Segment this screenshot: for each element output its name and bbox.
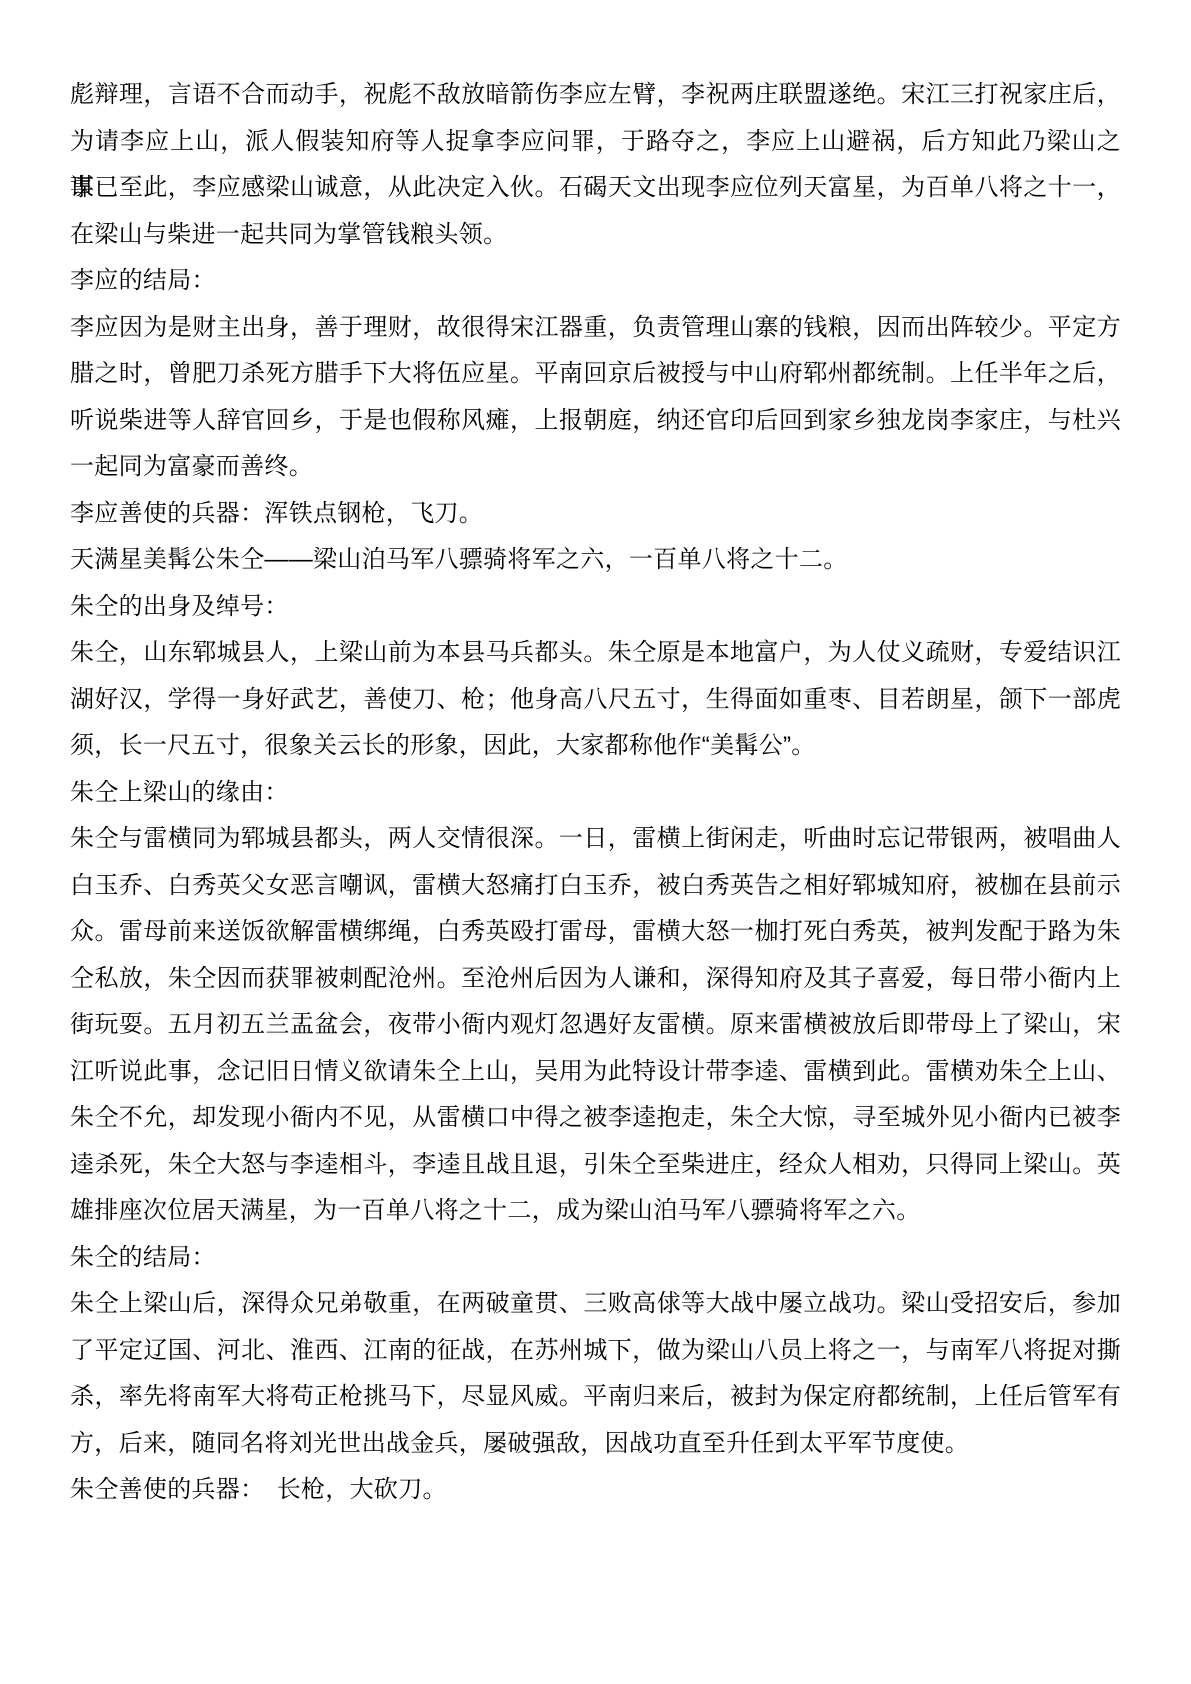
- text-line: 李应因为是财主出身，善于理财，故很得宋江器重，负责管理山寨的钱粮，因而出阵较少。…: [70, 305, 1121, 352]
- text-line: 须，长一尺五寸，很象关云长的形象，因此，大家都称他作“美髯公”。: [70, 723, 1121, 770]
- text-line: 街玩耍。五月初五兰盂盆会，夜带小衙内观灯忽遇好友雷横。原来雷横被放后即带母上了梁…: [70, 1002, 1121, 1049]
- text-line: 逵杀死，朱仝大怒与李逵相斗，李逵且战且退，引朱仝至柴进庄，经众人相劝，只得同上梁…: [70, 1142, 1121, 1189]
- text-line: 一起同为富豪而善终。: [70, 444, 1121, 491]
- text-line: 朱仝，山东郓城县人，上梁山前为本县马兵都头。朱仝原是本地富户，为人仗义疏财，专爱…: [70, 630, 1121, 677]
- section-heading: 李应的结局：: [70, 258, 1121, 305]
- text-line: 为请李应上山，派人假装知府等人捉拿李应问罪，于路夺之，李应上山避祸，后方知此乃梁…: [70, 119, 1121, 166]
- text-line: 江听说此事，念记旧日情义欲请朱仝上山，吴用为此特设计带李逵、雷横到此。雷横劝朱仝…: [70, 1049, 1121, 1096]
- text-line: 杀，率先将南军大将苟正枪挑马下，尽显风威。平南归来后，被封为保定府都统制，上任后…: [70, 1374, 1121, 1421]
- text-line: 朱仝善使的兵器： 长枪，大砍刀。: [70, 1467, 1121, 1514]
- section-heading: 朱仝上梁山的缘由：: [70, 770, 1121, 817]
- text-line: 方，后来，随同名将刘光世出战金兵，屡破强敌，因战功直至升任到太平军节度使。: [70, 1421, 1121, 1468]
- text-line: 雄排座次位居天满星，为一百单八将之十二，成为梁山泊马军八骠骑将军之六。: [70, 1188, 1121, 1235]
- text-line: 朱仝上梁山后，深得众兄弟敬重，在两破童贯、三败高俅等大战中屡立战功。梁山受招安后…: [70, 1281, 1121, 1328]
- section-heading: 朱仝的出身及绰号：: [70, 584, 1121, 631]
- text-line: 李应善使的兵器：浑铁点钢枪，飞刀。: [70, 491, 1121, 538]
- text-line: 听说柴进等人辞官回乡，于是也假称风瘫，上报朝庭，纳还官印后回到家乡独龙岗李家庄，…: [70, 398, 1121, 445]
- text-line: 众。雷母前来送饭欲解雷横绑绳，白秀英殴打雷母，雷横大怒一枷打死白秀英，被判发配于…: [70, 909, 1121, 956]
- text-line: 白玉乔、白秀英父女恶言嘲讽，雷横大怒痛打白玉乔，被白秀英告之相好郓城知府，被枷在…: [70, 863, 1121, 910]
- text-line: 朱仝与雷横同为郓城县都头，两人交情很深。一日，雷横上街闲走，听曲时忘记带银两，被…: [70, 816, 1121, 863]
- text-line: 湖好汉，学得一身好武艺，善使刀、枪；他身高八尺五寸，生得面如重枣、目若朗星，颌下…: [70, 677, 1121, 724]
- section-heading: 朱仝的结局：: [70, 1235, 1121, 1282]
- text-line: 朱仝不允，却发现小衙内不见，从雷横口中得之被李逵抱走，朱仝大惊，寻至城外见小衙内…: [70, 1095, 1121, 1142]
- text-line: 事已至此，李应感梁山诚意，从此决定入伙。石碣天文出现李应位列天富星，为百单八将之…: [70, 165, 1121, 212]
- text-line: 腊之时，曾肥刀杀死方腊手下大将伍应星。平南回京后被授与中山府郓州都统制。上任半年…: [70, 351, 1121, 398]
- document-page: 彪辩理，言语不合而动手，祝彪不敌放暗箭伤李应左臂，李祝两庄联盟遂绝。宋江三打祝家…: [0, 0, 1191, 1684]
- text-line: 了平定辽国、河北、淮西、江南的征战，在苏州城下，做为梁山八员上将之一，与南军八将…: [70, 1328, 1121, 1375]
- text-line: 彪辩理，言语不合而动手，祝彪不敌放暗箭伤李应左臂，李祝两庄联盟遂绝。宋江三打祝家…: [70, 72, 1121, 119]
- section-heading: 天满星美髯公朱仝——梁山泊马军八骠骑将军之六，一百单八将之十二。: [70, 537, 1121, 584]
- text-line: 仝私放，朱仝因而获罪被刺配沧州。至沧州后因为人谦和，深得知府及其子喜爱，每日带小…: [70, 956, 1121, 1003]
- text-line: 在梁山与柴进一起共同为掌管钱粮头领。: [70, 212, 1121, 259]
